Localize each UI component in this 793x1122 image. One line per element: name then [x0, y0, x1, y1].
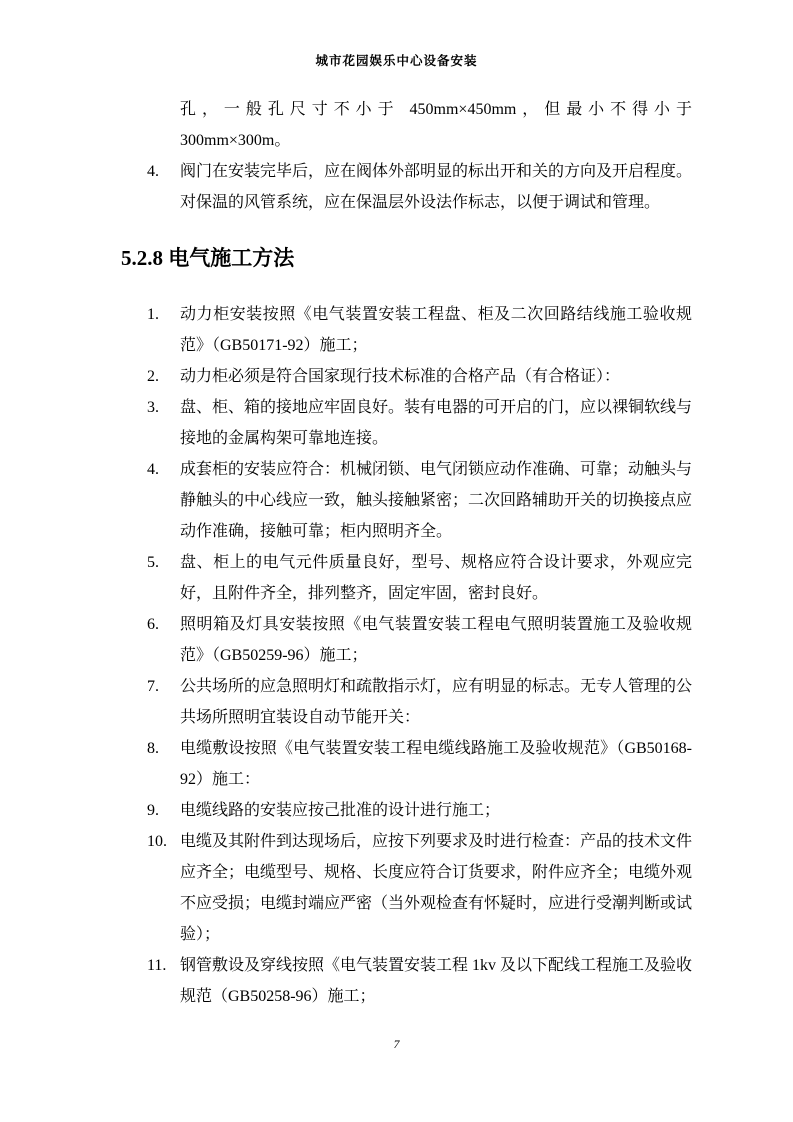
list-item: 6. 照明箱及灯具安装按照《电气装置安装工程电气照明装置施工及验收规范》（GB5… — [121, 609, 692, 671]
list-item-text: 动力柜必须是符合国家现行技术标准的合格产品（有合格证）： — [180, 361, 692, 392]
list-item-number: 2. — [147, 361, 179, 392]
list-item-text: 公共场所的应急照明灯和疏散指示灯，应有明显的标志。无专人管理的公共场所照明宜装设… — [180, 671, 692, 733]
list-item-text: 电缆敷设按照《电气装置安装工程电缆线路施工及验收规范》（GB50168-92）施… — [180, 733, 692, 795]
list-item: 1. 动力柜安装按照《电气装置安装工程盘、柜及二次回路结线施工验收规范》（GB5… — [121, 299, 692, 361]
list-item-number: 10. — [147, 826, 179, 857]
list-item-number: 9. — [147, 795, 179, 826]
list-item-text: 盘、柜上的电气元件质量良好，型号、规格应符合设计要求，外观应完好，且附件齐全，排… — [180, 547, 692, 609]
list-item-number: 7. — [147, 671, 179, 702]
list-item: 7. 公共场所的应急照明灯和疏散指示灯，应有明显的标志。无专人管理的公共场所照明… — [121, 671, 692, 733]
list-item: 11. 钢管敷设及穿线按照《电气装置安装工程 1kv 及以下配线工程施工及验收规… — [121, 950, 692, 1012]
list-item-text: 盘、柜、箱的接地应牢固良好。装有电器的可开启的门，应以裸铜软线与接地的金属构架可… — [180, 392, 692, 454]
list-item-number: 4. — [147, 156, 179, 187]
list-item-text: 钢管敷设及穿线按照《电气装置安装工程 1kv 及以下配线工程施工及验收规范（GB… — [180, 950, 692, 1012]
section-heading: 5.2.8 电气施工方法 — [121, 243, 692, 274]
list-item-number: 6. — [147, 609, 179, 640]
list-item-number: 8. — [147, 733, 179, 764]
list-item-text: 动力柜安装按照《电气装置安装工程盘、柜及二次回路结线施工验收规范》（GB5017… — [180, 299, 692, 361]
list-item: 8. 电缆敷设按照《电气装置安装工程电缆线路施工及验收规范》（GB50168-9… — [121, 733, 692, 795]
list-item-number: 5. — [147, 547, 179, 578]
list-item-text: 照明箱及灯具安装按照《电气装置安装工程电气照明装置施工及验收规范》（GB5025… — [180, 609, 692, 671]
list-item: 2. 动力柜必须是符合国家现行技术标准的合格产品（有合格证）： — [121, 361, 692, 392]
list-item: 5. 盘、柜上的电气元件质量良好，型号、规格应符合设计要求，外观应完好，且附件齐… — [121, 547, 692, 609]
list-item: 4. 阀门在安装完毕后，应在阀体外部明显的标出开和关的方向及开启程度。对保温的风… — [121, 156, 692, 218]
list-item-text: 电缆线路的安装应按己批准的设计进行施工； — [180, 795, 692, 826]
list-item: 9. 电缆线路的安装应按己批准的设计进行施工； — [121, 795, 692, 826]
list-item-text: 成套柜的安装应符合：机械闭锁、电气闭锁应动作准确、可靠；动触头与静触头的中心线应… — [180, 454, 692, 547]
paragraph-continuation: 孔，一般孔尺寸不小于 450mm×450mm，但最小不得小于 300mm×300… — [180, 94, 692, 156]
document-body: 孔，一般孔尺寸不小于 450mm×450mm，但最小不得小于 300mm×300… — [121, 94, 692, 1012]
list-item: 4. 成套柜的安装应符合：机械闭锁、电气闭锁应动作准确、可靠；动触头与静触头的中… — [121, 454, 692, 547]
list-item: 10. 电缆及其附件到达现场后，应按下列要求及时进行检查：产品的技术文件应齐全；… — [121, 826, 692, 950]
page-header-title: 城市花园娱乐中心设备安装 — [0, 51, 793, 69]
list-item-text: 电缆及其附件到达现场后，应按下列要求及时进行检查：产品的技术文件应齐全；电缆型号… — [180, 826, 692, 950]
page-number: 7 — [0, 1037, 793, 1052]
list-item-text: 阀门在安装完毕后，应在阀体外部明显的标出开和关的方向及开启程度。对保温的风管系统… — [180, 156, 692, 218]
list-item-number: 11. — [147, 950, 179, 981]
list-item-number: 4. — [147, 454, 179, 485]
list-item-number: 1. — [147, 299, 179, 330]
document-page: 城市花园娱乐中心设备安装 孔，一般孔尺寸不小于 450mm×450mm，但最小不… — [0, 0, 793, 1122]
list-item-number: 3. — [147, 392, 179, 423]
list-item: 3. 盘、柜、箱的接地应牢固良好。装有电器的可开启的门，应以裸铜软线与接地的金属… — [121, 392, 692, 454]
